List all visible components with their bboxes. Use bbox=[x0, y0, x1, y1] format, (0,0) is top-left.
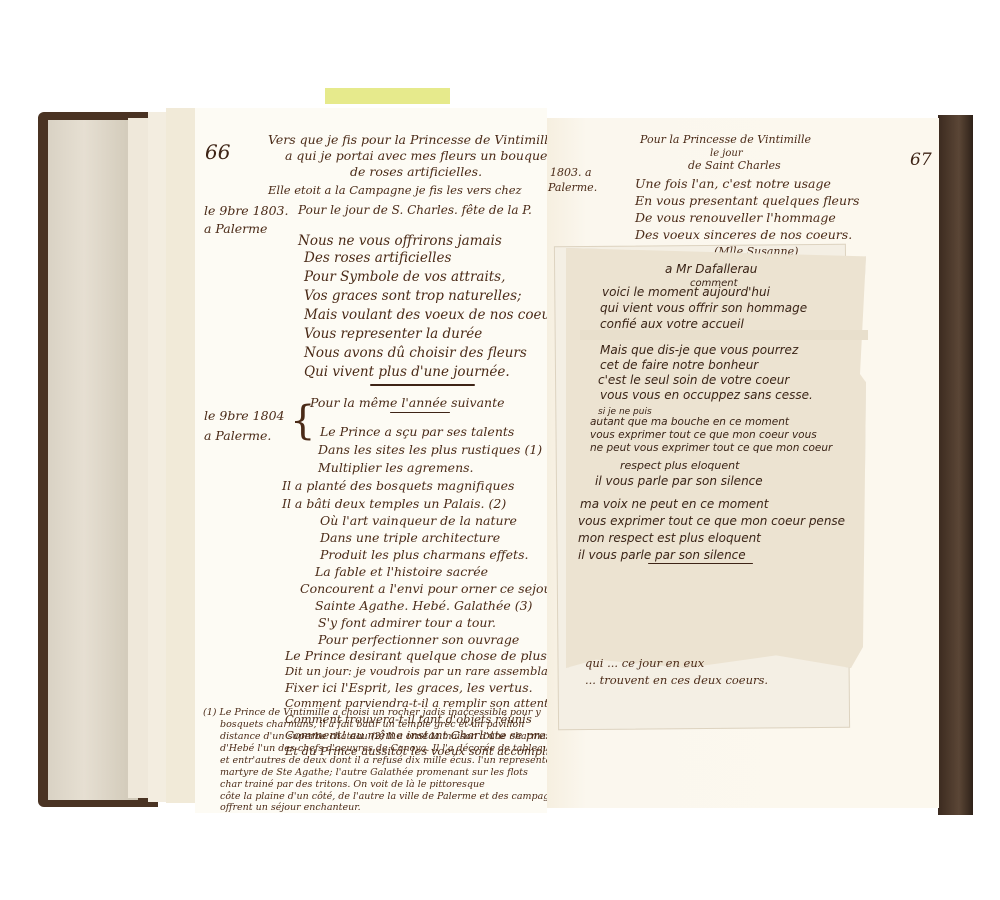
poem-line: Concourent a l'envi pour orner ce sejour bbox=[300, 581, 558, 596]
page-edges bbox=[166, 108, 197, 803]
page-number: 67 bbox=[910, 150, 932, 170]
poem-line: Fixer ici l'Esprit, les graces, les vert… bbox=[285, 680, 533, 695]
note-line: qui vient vous offrir son hommage bbox=[600, 301, 807, 316]
note-line: cet de faire notre bonheur bbox=[600, 358, 758, 373]
footnote-line: martyre de Ste Agathe; l'autre Galathée … bbox=[220, 768, 528, 778]
poem-line: Dit un jour: je voudrois par un rare ass… bbox=[285, 664, 562, 679]
poem-line: Nous avons dû choisir des fleurs bbox=[304, 346, 527, 361]
side-note: 1803. a bbox=[550, 165, 592, 180]
footnote-line: offrent un séjour enchanteur. bbox=[220, 803, 361, 813]
poem-line: La fable et l'histoire sacrée bbox=[315, 564, 488, 579]
note-line: c'est le seul soin de votre coeur bbox=[598, 373, 789, 388]
poem-line: Des roses artificielles bbox=[304, 251, 451, 266]
note-line: a Mr Dafallerau bbox=[665, 262, 757, 277]
note-line: ma voix ne peut en ce moment bbox=[580, 497, 769, 512]
heading-line: a qui je portai avec mes fleurs un bouqu… bbox=[285, 148, 552, 163]
poem-line: Il a planté des bosquets magnifiques bbox=[282, 478, 514, 493]
side-note: Palerme. bbox=[548, 180, 597, 195]
poem-line: Multiplier les agremens. bbox=[318, 460, 474, 475]
poem-line: Le Prince desirant quelque chose de plus bbox=[285, 648, 547, 663]
footnote-line: d'Hebé l'un des chefs d'oeuvres de Canov… bbox=[220, 744, 554, 754]
poem-line: Pour perfectionner son ouvrage bbox=[318, 632, 519, 647]
poem-line: S'y font admirer tour a tour. bbox=[318, 615, 496, 630]
note-line: vous exprimer tout ce que mon coeur pens… bbox=[578, 514, 845, 529]
poem-title: Pour la même l'année suivante bbox=[310, 395, 505, 410]
footnote-line: bosquets charmans, il a fait batir un te… bbox=[220, 720, 524, 730]
margin-place: a Palerme. bbox=[204, 428, 271, 443]
poem-line: En vous presentant quelques fleurs bbox=[635, 193, 859, 208]
poem-line: Où l'art vainqueur de la nature bbox=[320, 513, 517, 528]
bookmark-tab bbox=[325, 88, 450, 104]
note-line: il vous parle par son silence bbox=[578, 548, 746, 563]
note-line: ne peut vous exprimer tout ce que mon co… bbox=[590, 441, 832, 456]
poem-line: Il a bâti deux temples un Palais. (2) bbox=[282, 496, 506, 511]
poem-line: Vos graces sont trop naturelles; bbox=[304, 289, 522, 304]
poem-line: Sainte Agathe. Hebé. Galathée (3) bbox=[315, 598, 532, 613]
note-line: respect plus eloquent bbox=[620, 458, 739, 473]
poem-line: Dans les sites les plus rustiques (1) bbox=[318, 442, 542, 457]
poem-line: Le Prince a sçu par ses talents bbox=[320, 424, 514, 439]
footnote-line: (1) Le Prince de Vintimille a choisi un … bbox=[203, 708, 541, 718]
poem-title: Pour le jour de S. Charles. fête de la P… bbox=[298, 203, 532, 218]
poem-line: Qui vivent plus d'une journée. bbox=[304, 365, 510, 380]
footnote-line: distance d'un superbe chateau (2) Il a o… bbox=[220, 732, 561, 742]
note-line: vous vous en occuppez sans cesse. bbox=[600, 388, 813, 403]
margin-date: le 9bre 1804 bbox=[204, 408, 284, 423]
footnote-line: côte la plaine d'un côté, de l'autre la … bbox=[220, 792, 566, 802]
poem-line: Vous representer la durée bbox=[304, 327, 482, 342]
poem-line: Une fois l'an, c'est notre usage bbox=[635, 176, 831, 191]
page-number: 66 bbox=[205, 140, 230, 164]
poem-line: Nous ne vous offrirons jamais bbox=[298, 232, 502, 251]
bottom-line: qui ... ce jour en eux bbox=[585, 656, 704, 671]
poem-line: Dans une triple architecture bbox=[320, 530, 500, 545]
note-line: voici le moment aujourd'hui bbox=[602, 285, 770, 300]
margin-date: le 9bre 1803. bbox=[204, 203, 288, 218]
note-line: confié aux votre accueil bbox=[600, 317, 744, 332]
footnote-line: char trainé par des tritons. On voit de … bbox=[220, 780, 485, 790]
note-line: Mais que dis-je que vous pourrez bbox=[600, 343, 798, 358]
divider bbox=[390, 412, 450, 413]
book-cover-right bbox=[938, 115, 973, 815]
bottom-line: ... trouvent en ces deux coeurs. bbox=[585, 673, 768, 688]
footnote-line: et entr'autres de deux dont il a refusé … bbox=[220, 756, 551, 766]
note-line: mon respect est plus eloquent bbox=[578, 531, 761, 546]
heading-line: de Saint Charles bbox=[688, 158, 781, 173]
poem-line: Pour Symbole de vos attraits, bbox=[304, 270, 505, 285]
flourish-divider bbox=[370, 384, 475, 386]
poem-line: Des voeux sinceres de nos coeurs. bbox=[635, 227, 852, 242]
poem-line: Produit les plus charmans effets. bbox=[320, 547, 528, 562]
margin-place: a Palerme bbox=[204, 221, 267, 236]
heading-line: Vers que je fis pour la Princesse de Vin… bbox=[268, 132, 556, 147]
endpaper-left bbox=[48, 120, 138, 800]
note-line: il vous parle par son silence bbox=[595, 474, 763, 489]
underline bbox=[648, 563, 753, 564]
heading-line: Pour la Princesse de Vintimille bbox=[640, 132, 811, 147]
poem-line: De vous renouveller l'hommage bbox=[635, 210, 836, 225]
intro-line: Elle etoit a la Campagne je fis les vers… bbox=[268, 183, 522, 198]
heading-line: de roses artificielles. bbox=[350, 164, 482, 179]
poem-line: Mais voulant des voeux de nos coeurs bbox=[304, 308, 564, 323]
